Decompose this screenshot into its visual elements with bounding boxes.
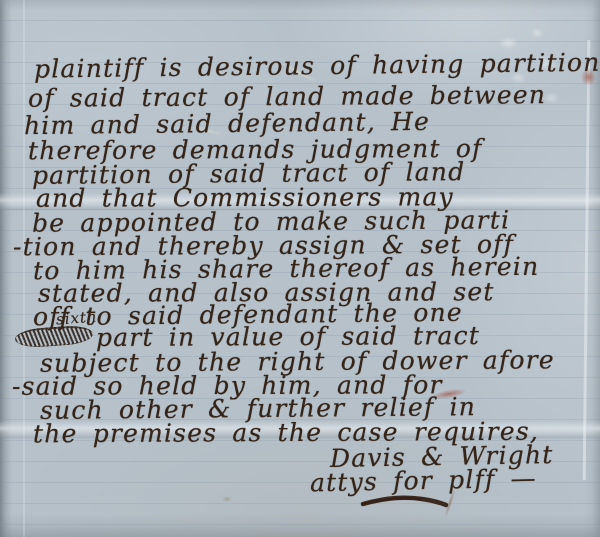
interlinear-insertion: sixth (55, 308, 98, 329)
signature-title: attys for plff — (310, 466, 537, 496)
signature-flourish-underline (360, 493, 450, 509)
manuscript-line: plaintiff is desirous of having partitio… (34, 49, 600, 81)
manuscript-page-scan: plaintiff is desirous of having partitio… (0, 0, 600, 537)
faint-stain-dot (222, 496, 232, 502)
paper-left-edge (23, 0, 25, 537)
manuscript-line: of said tract of land made between (28, 82, 546, 111)
